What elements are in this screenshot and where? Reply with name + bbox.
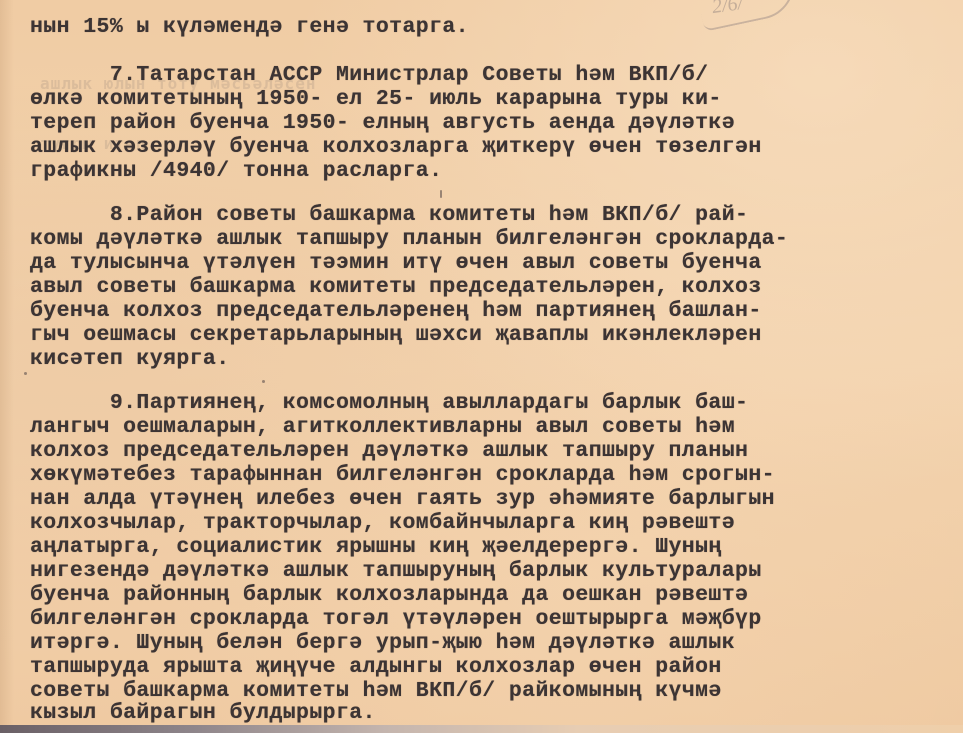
archival-document-page: ашлык юлын тоту мəсьəлəсен тугры итеп 2/… bbox=[0, 0, 963, 733]
speck bbox=[440, 190, 442, 198]
text-line: итəргə. Шуның белəн бергə урып-җыю һəм д… bbox=[30, 630, 735, 656]
text-line: кисəтеп куярга. bbox=[30, 346, 230, 372]
text-line: 7.Татарстан АССР Министрлар Советы һəм В… bbox=[30, 62, 708, 88]
text-line: авыл советы башкарма комитеты председате… bbox=[30, 274, 762, 300]
text-line: өлкə комитетының 1950- ел 25- июль карар… bbox=[30, 86, 722, 112]
text-line: лангыч оешмаларын, агитколлективларны ав… bbox=[30, 414, 735, 440]
text-line: колхоз председательлəрен дəүлəткə ашлык … bbox=[30, 438, 748, 464]
text-line: тапшыруда ярышта җиңүче алдынгы колхозла… bbox=[30, 654, 722, 680]
text-line: буенча колхоз председательлəренең һəм па… bbox=[30, 298, 762, 324]
text-line: билгелəнгəн срокларда тогəл үтəүлəрен ое… bbox=[30, 606, 762, 632]
speck bbox=[24, 372, 27, 375]
text-line: комы дəүлəткə ашлык тапшыру планын билге… bbox=[30, 226, 788, 252]
text-line: да тулысынча үтəлүен тəэмин итү өчен авы… bbox=[30, 250, 762, 276]
speck bbox=[262, 380, 265, 383]
text-line: нын 15% ы күлəмендə генə тотарга. bbox=[30, 14, 469, 40]
text-line: хөкүмəтебез тарафыннан билгелəнгəн срокл… bbox=[30, 462, 775, 488]
paper-left-edge bbox=[0, 0, 14, 733]
text-line: 9.Партиянең, комсомолның авыллардагы бар… bbox=[30, 390, 748, 416]
text-line: аңлатырга, социалистик ярышны киң җəелде… bbox=[30, 534, 722, 560]
text-line: кызыл байрагын булдырырга. bbox=[30, 700, 376, 726]
text-line: буенча районның барлык колхозларында да … bbox=[30, 582, 748, 608]
text-line: гыч оешмасы секретарьларының шəхси җавап… bbox=[30, 322, 762, 348]
text-line: нан алда үтəүнең илебез өчен гаять зур ə… bbox=[30, 486, 775, 512]
text-line: тереп район буенча 1950- елның августь а… bbox=[30, 110, 735, 136]
text-line: графикны /4940/ тонна расларга. bbox=[30, 158, 442, 184]
text-line: нигезендə дəүлəткə ашлык тапшыруның барл… bbox=[30, 558, 762, 584]
text-line: 8.Район советы башкарма комитеты һəм ВКП… bbox=[30, 202, 748, 228]
text-line: ашлык хəзерлəү буенча колхозларга җиткер… bbox=[30, 134, 762, 160]
text-line: колхозчылар, тракторчылар, комбайнчыларг… bbox=[30, 510, 735, 536]
scan-bottom-edge bbox=[0, 725, 963, 733]
